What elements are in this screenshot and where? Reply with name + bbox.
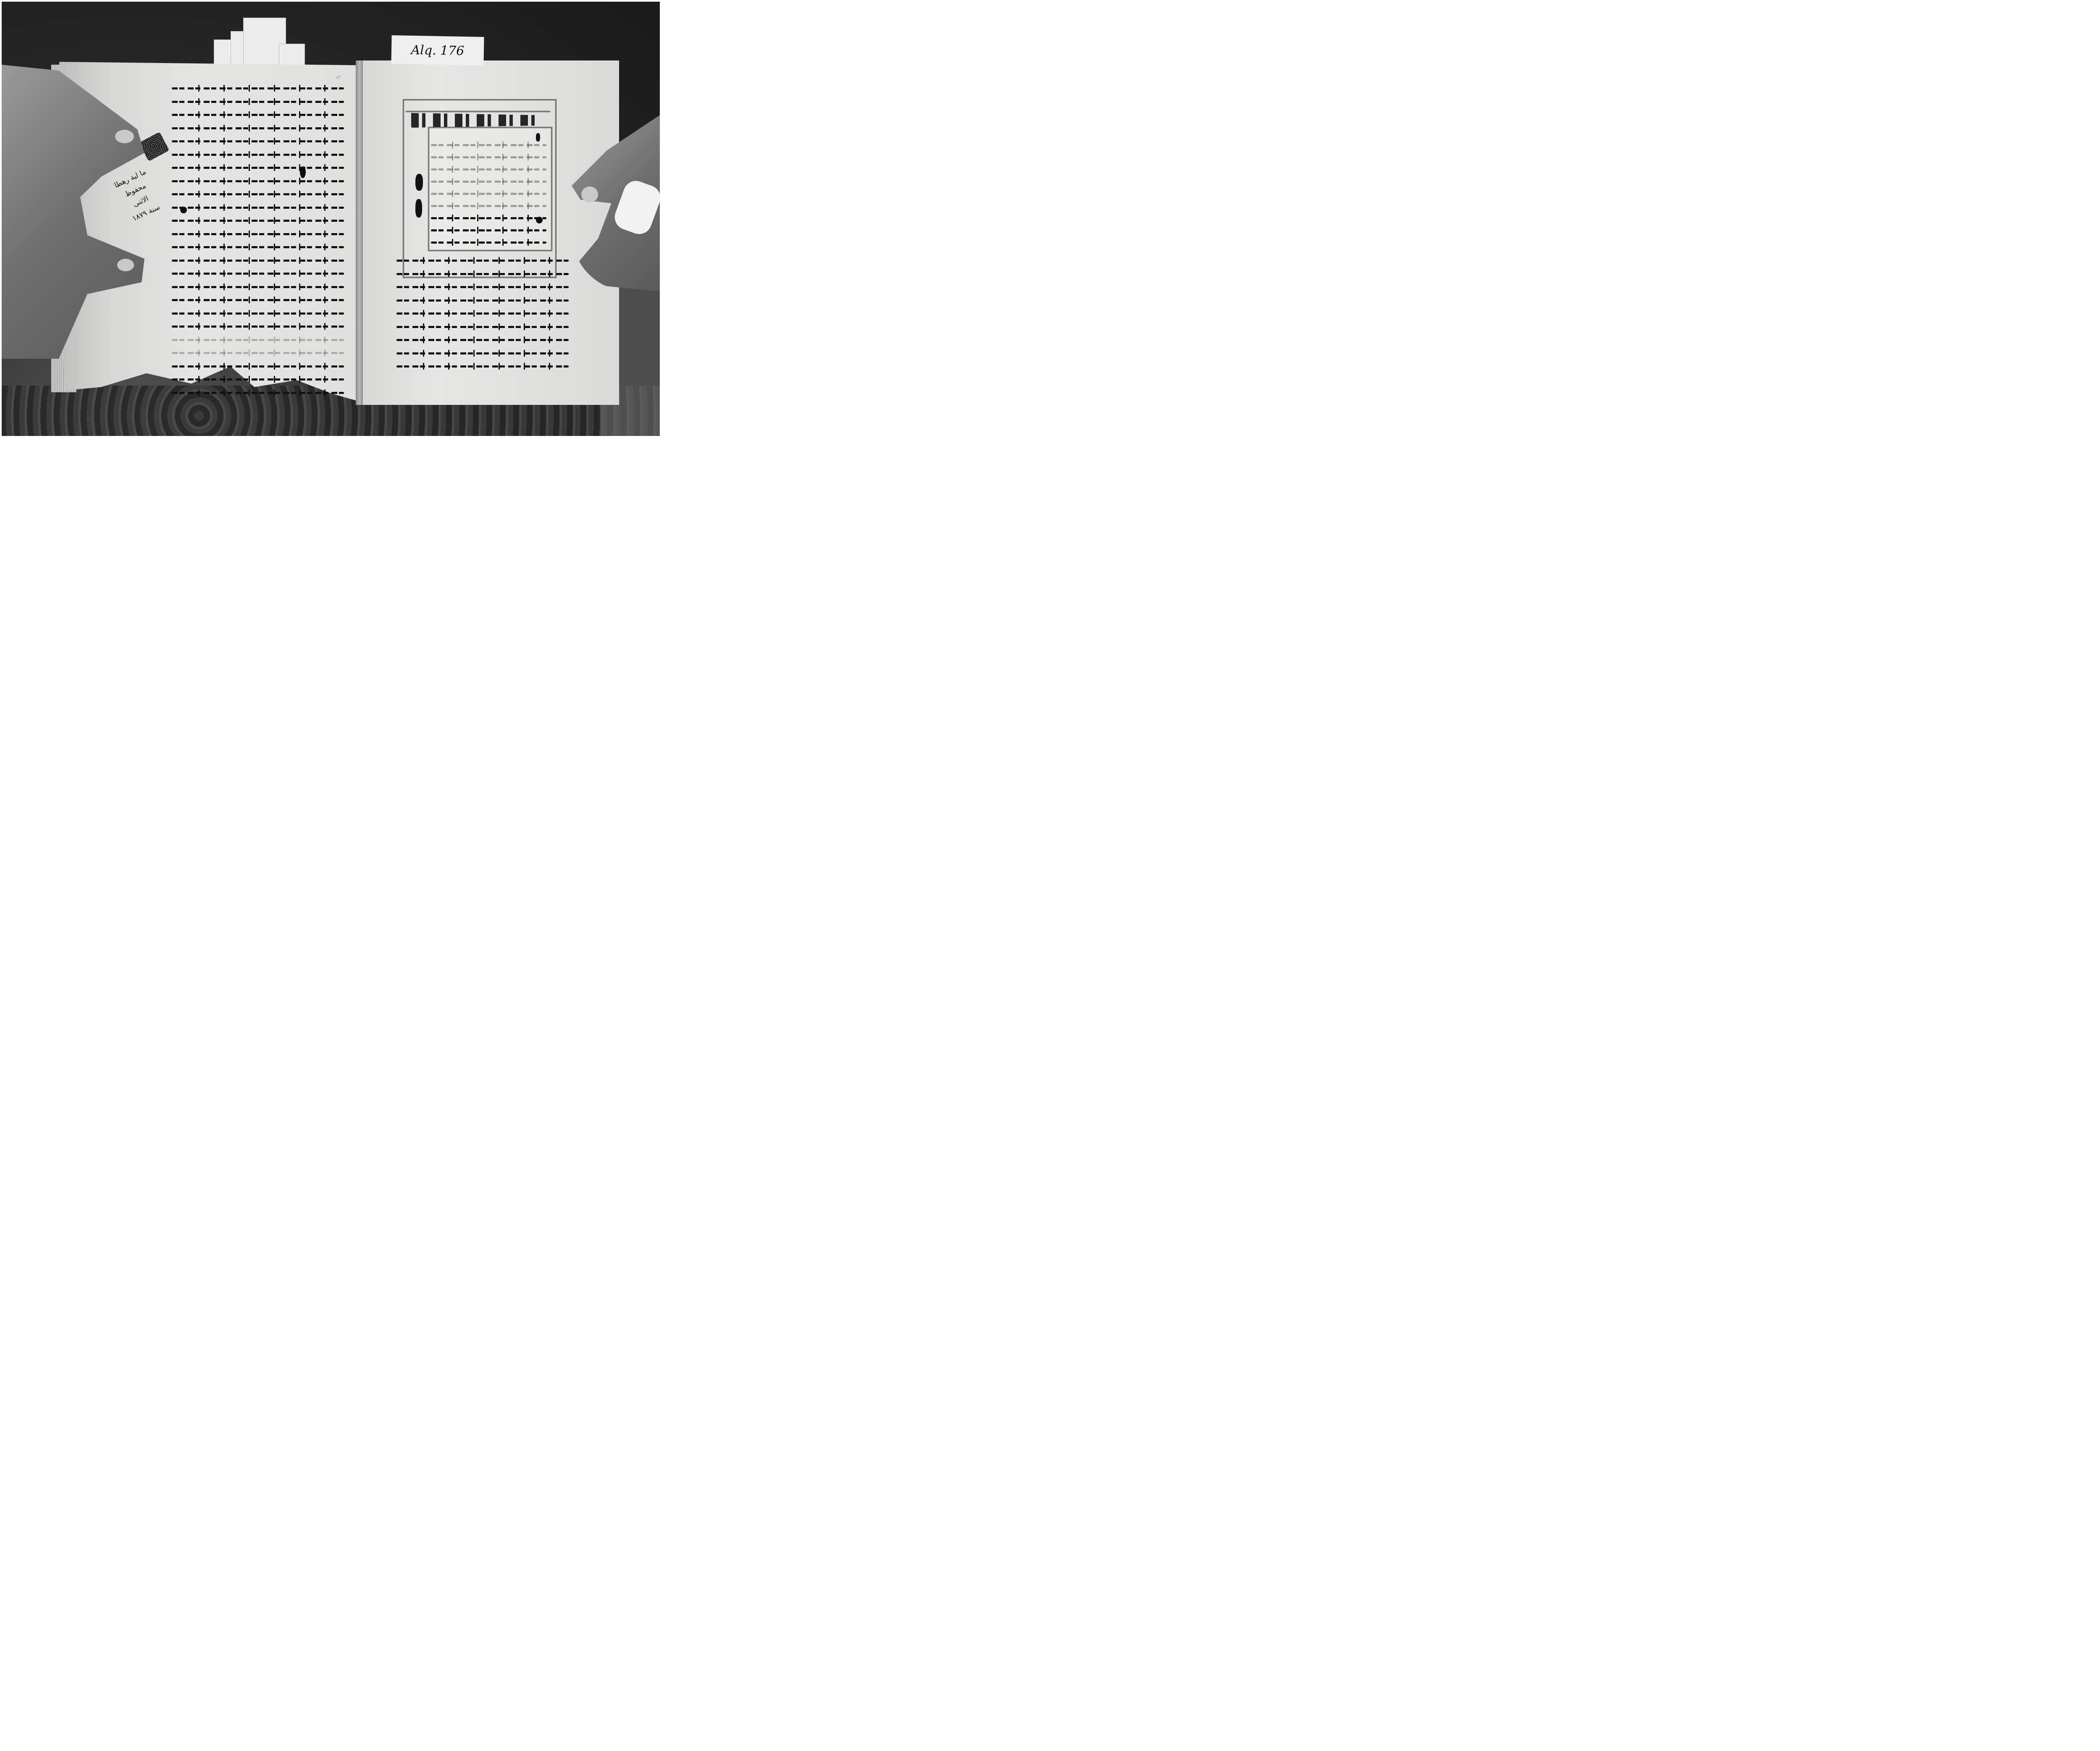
rubric-mark <box>415 174 423 191</box>
thumbnail <box>117 259 134 271</box>
manuscript-photograph: Alq. 176 ·:· ما لبة رهطا محفوظ الاثنى سن… <box>2 2 660 436</box>
text-line <box>172 189 344 199</box>
ink-blot <box>180 207 187 213</box>
text-line <box>172 163 344 173</box>
text-line <box>172 216 344 226</box>
faint-text-line <box>431 177 546 186</box>
text-line <box>396 256 569 265</box>
faint-text-line <box>431 189 546 199</box>
text-line <box>172 309 344 318</box>
thumbnail <box>581 186 598 202</box>
text-line <box>172 362 344 371</box>
frame-band <box>406 102 550 112</box>
text-line <box>172 84 344 93</box>
faded-text-line <box>172 335 344 345</box>
text-line <box>172 137 344 146</box>
text-line <box>172 295 344 305</box>
text-line <box>396 362 569 371</box>
left-page-text <box>172 84 344 401</box>
faint-text-line <box>431 152 546 162</box>
text-line <box>172 375 344 384</box>
text-line <box>172 256 344 265</box>
text-line <box>172 176 344 186</box>
text-line <box>396 322 569 332</box>
ink-blot <box>300 166 306 178</box>
book-gutter <box>356 60 363 405</box>
text-line <box>172 97 344 107</box>
faded-text-line <box>172 348 344 358</box>
faint-text-line <box>431 140 546 150</box>
text-line <box>172 322 344 331</box>
right-page-body-text <box>396 256 569 375</box>
rubric-mark <box>536 133 540 142</box>
text-line <box>172 388 344 398</box>
text-line <box>172 110 344 120</box>
inner-frame-text <box>431 140 546 250</box>
dot-marker <box>536 217 543 223</box>
text-line <box>396 269 569 279</box>
text-line <box>396 349 569 358</box>
text-line <box>396 282 569 292</box>
thumbnail <box>115 130 134 143</box>
text-line <box>431 213 546 223</box>
faint-text-line <box>431 201 546 211</box>
text-line <box>172 242 344 252</box>
text-line <box>396 335 569 345</box>
text-line <box>172 150 344 160</box>
text-line <box>172 123 344 133</box>
text-line <box>172 269 344 278</box>
text-line <box>172 282 344 292</box>
page-slip <box>279 44 305 66</box>
text-line <box>431 238 546 247</box>
text-line <box>396 296 569 305</box>
shelfmark-text: Alq. 176 <box>411 42 464 58</box>
faint-text-line <box>431 165 546 174</box>
shelfmark-label: Alq. 176 <box>391 35 484 66</box>
text-line <box>396 309 569 318</box>
rubric-mark <box>415 199 422 218</box>
text-line <box>431 226 546 235</box>
text-line <box>172 203 344 213</box>
text-line <box>172 229 344 239</box>
